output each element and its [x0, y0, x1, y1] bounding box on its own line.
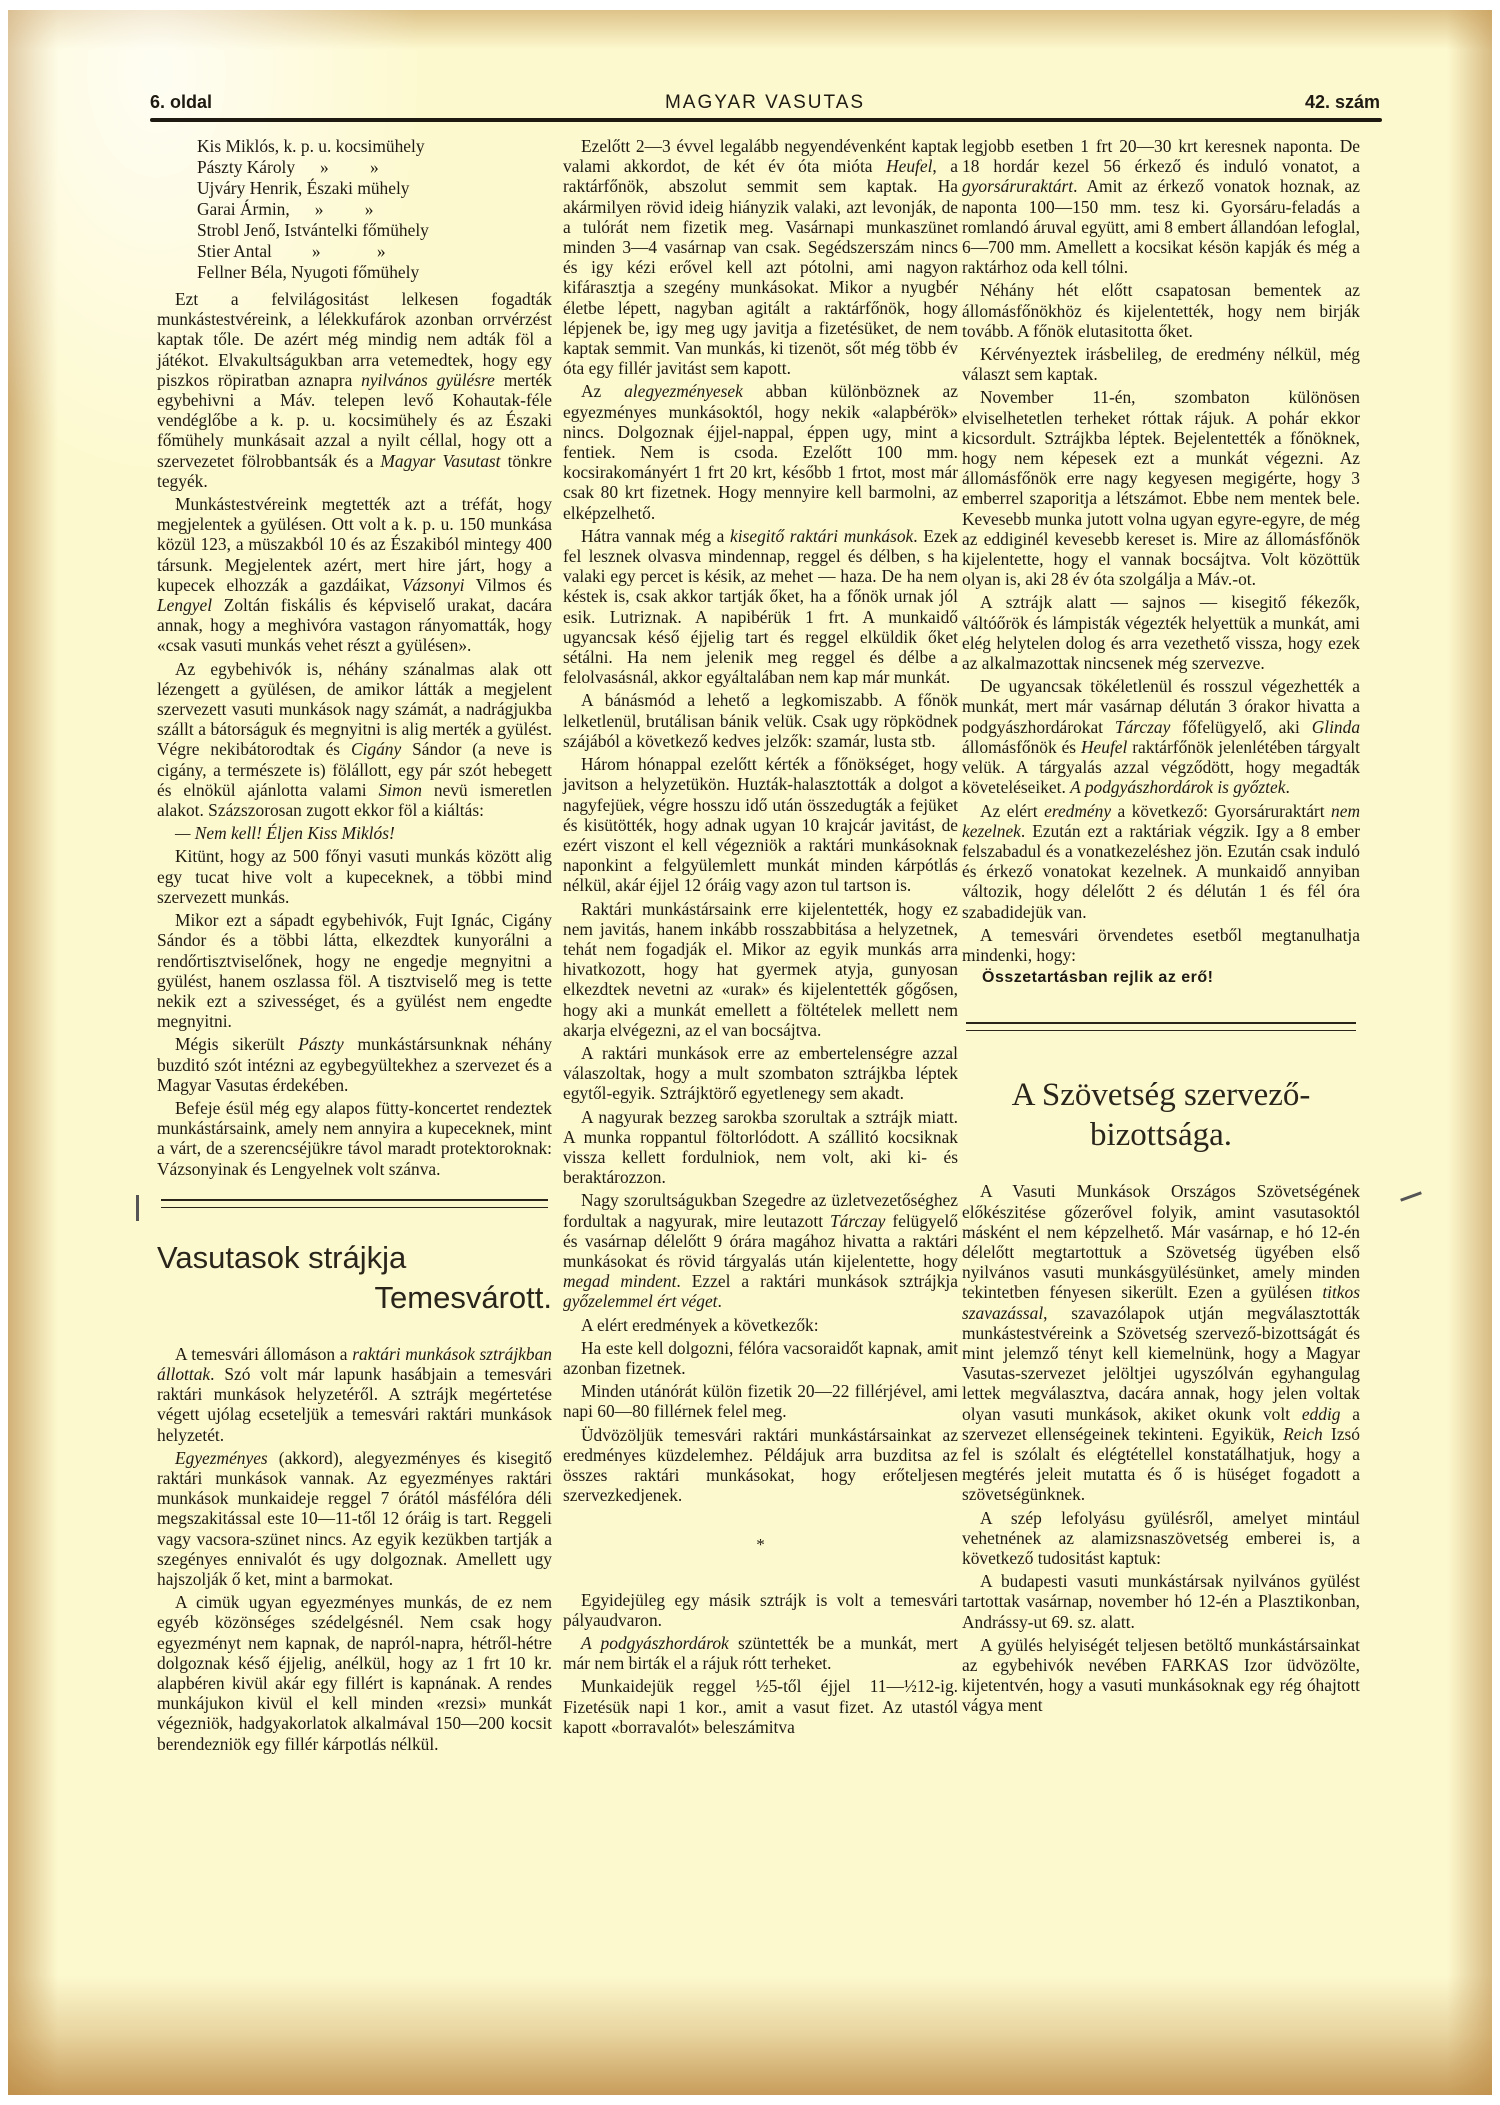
paragraph: Munkaidejük reggel ½5-től éjjel 11—½12-i…: [563, 1676, 958, 1737]
paragraph: Kitünt, hogy az 500 főnyi vasuti munkás …: [157, 846, 552, 907]
motto: Összetartásban rejlik az erő!: [982, 968, 1360, 988]
name-item: Strobl Jenő, Istvántelki főmühely: [197, 220, 552, 241]
paragraph: Az egybehivók is, néhány szánalmas alak …: [157, 659, 552, 821]
header-rule: [150, 118, 1382, 122]
paragraph: Minden utánórát külön fizetik 20—22 fill…: [563, 1381, 958, 1421]
pencil-mark: [136, 1195, 139, 1221]
paragraph: A temesvári örvendetes esetből megtanulh…: [962, 925, 1360, 965]
paragraph: Munkástestvéreink megtették azt a tréfát…: [157, 494, 552, 656]
paragraph: Ezelőtt 2—3 évvel legalább negyendévenké…: [563, 136, 958, 378]
paragraph: A podgyászhordárok szüntették be a munká…: [563, 1633, 958, 1673]
article-headline: A Szövetség szervező-bizottsága.: [962, 1075, 1360, 1155]
column-3: legjobb esetben 1 frt 20—30 krt keresnek…: [962, 136, 1360, 1719]
paragraph: Az elért eredmény a következő: Gyorsárur…: [962, 801, 1360, 922]
paragraph: Üdvözöljük temesvári raktári munkástársa…: [563, 1425, 958, 1506]
section-divider: [966, 1022, 1356, 1031]
paragraph: Ha este kell dolgozni, félóra vacsoraidő…: [563, 1338, 958, 1378]
paragraph: Mikor ezt a sápadt egybehivók, Fujt Igná…: [157, 910, 552, 1031]
article-headline: Vasutasok strájkja Temesvárott.: [157, 1238, 552, 1318]
column-2: Ezelőtt 2—3 évvel legalább negyendévenké…: [563, 136, 958, 1740]
paragraph: De ugyancsak tökéletlenül és rosszul vég…: [962, 676, 1360, 797]
paragraph: Mégis sikerült Pászty munkástársunknak n…: [157, 1034, 552, 1095]
paragraph: Befeje ésül még egy alapos fütty-koncert…: [157, 1098, 552, 1179]
name-item: Garai Ármin, »»: [197, 199, 552, 220]
paragraph: legjobb esetben 1 frt 20—30 krt keresnek…: [962, 136, 1360, 277]
section-divider: [161, 1199, 548, 1208]
name-item: Ujváry Henrik, Északi mühely: [197, 178, 552, 199]
paragraph: A elért eredmények a következők:: [563, 1315, 958, 1335]
paragraph: Hátra vannak még a kisegitő raktári munk…: [563, 526, 958, 688]
paragraph: Az alegyezményesek abban különböznek az …: [563, 381, 958, 522]
paragraph: A budapesti vasuti munkástársak nyilváno…: [962, 1571, 1360, 1632]
paragraph: Egyidejüleg egy másik sztrájk is volt a …: [563, 1590, 958, 1630]
paragraph: Három hónappal ezelőtt kérték a főnökség…: [563, 754, 958, 895]
name-item: Fellner Béla, Nyugoti főmühely: [197, 262, 552, 283]
paragraph: A Vasuti Munkások Országos Szövetségének…: [962, 1181, 1360, 1504]
paragraph: Ezt a felvilágositást lelkesen fogadták …: [157, 289, 552, 491]
publication-title: MAGYAR VASUTAS: [150, 92, 1380, 114]
paragraph: November 11-én, szombaton különösen elvi…: [962, 387, 1360, 589]
paragraph: A gyülés helyiségét teljesen betöltő mun…: [962, 1635, 1360, 1716]
name-list: Kis Miklós, k. p. u. kocsimühely Pászty …: [197, 136, 552, 283]
paragraph: A temesvári állomáson a raktári munkások…: [157, 1344, 552, 1445]
paragraph: A bánásmód a lehető a legkomiszabb. A fő…: [563, 690, 958, 751]
paragraph: A cimük ugyan egyezményes munkás, de ez …: [157, 1592, 552, 1754]
name-item: Pászty Károly »»: [197, 157, 552, 178]
paragraph: A nagyurak bezzeg sarokba szorultak a sz…: [563, 1107, 958, 1188]
paragraph: Nagy szorultságukban Szegedre az üzletve…: [563, 1190, 958, 1311]
paragraph: Néhány hét előtt csapatosan bementek az …: [962, 280, 1360, 341]
column-1: Kis Miklós, k. p. u. kocsimühely Pászty …: [157, 136, 552, 1757]
paragraph: A sztrájk alatt — sajnos — kisegitő féke…: [962, 592, 1360, 673]
asterisk-separator: *: [563, 1535, 958, 1555]
page-header: 6. oldal MAGYAR VASUTAS 42. szám: [150, 86, 1380, 122]
paragraph: Kérvényeztek irásbelileg, de eredmény né…: [962, 344, 1360, 384]
paragraph: A raktári munkások erre az embertelenség…: [563, 1043, 958, 1104]
paragraph: Raktári munkástársaink erre kijelentetté…: [563, 899, 958, 1040]
paragraph: A szép lefolyásu gyülésről, amelyet mint…: [962, 1508, 1360, 1569]
paragraph: Egyezményes (akkord), alegyezményes és k…: [157, 1448, 552, 1589]
quote: — Nem kell! Éljen Kiss Miklós!: [175, 823, 552, 843]
issue-number: 42. szám: [1305, 92, 1380, 113]
name-item: Stier Antal »»: [197, 241, 552, 262]
name-item: Kis Miklós, k. p. u. kocsimühely: [197, 136, 552, 157]
